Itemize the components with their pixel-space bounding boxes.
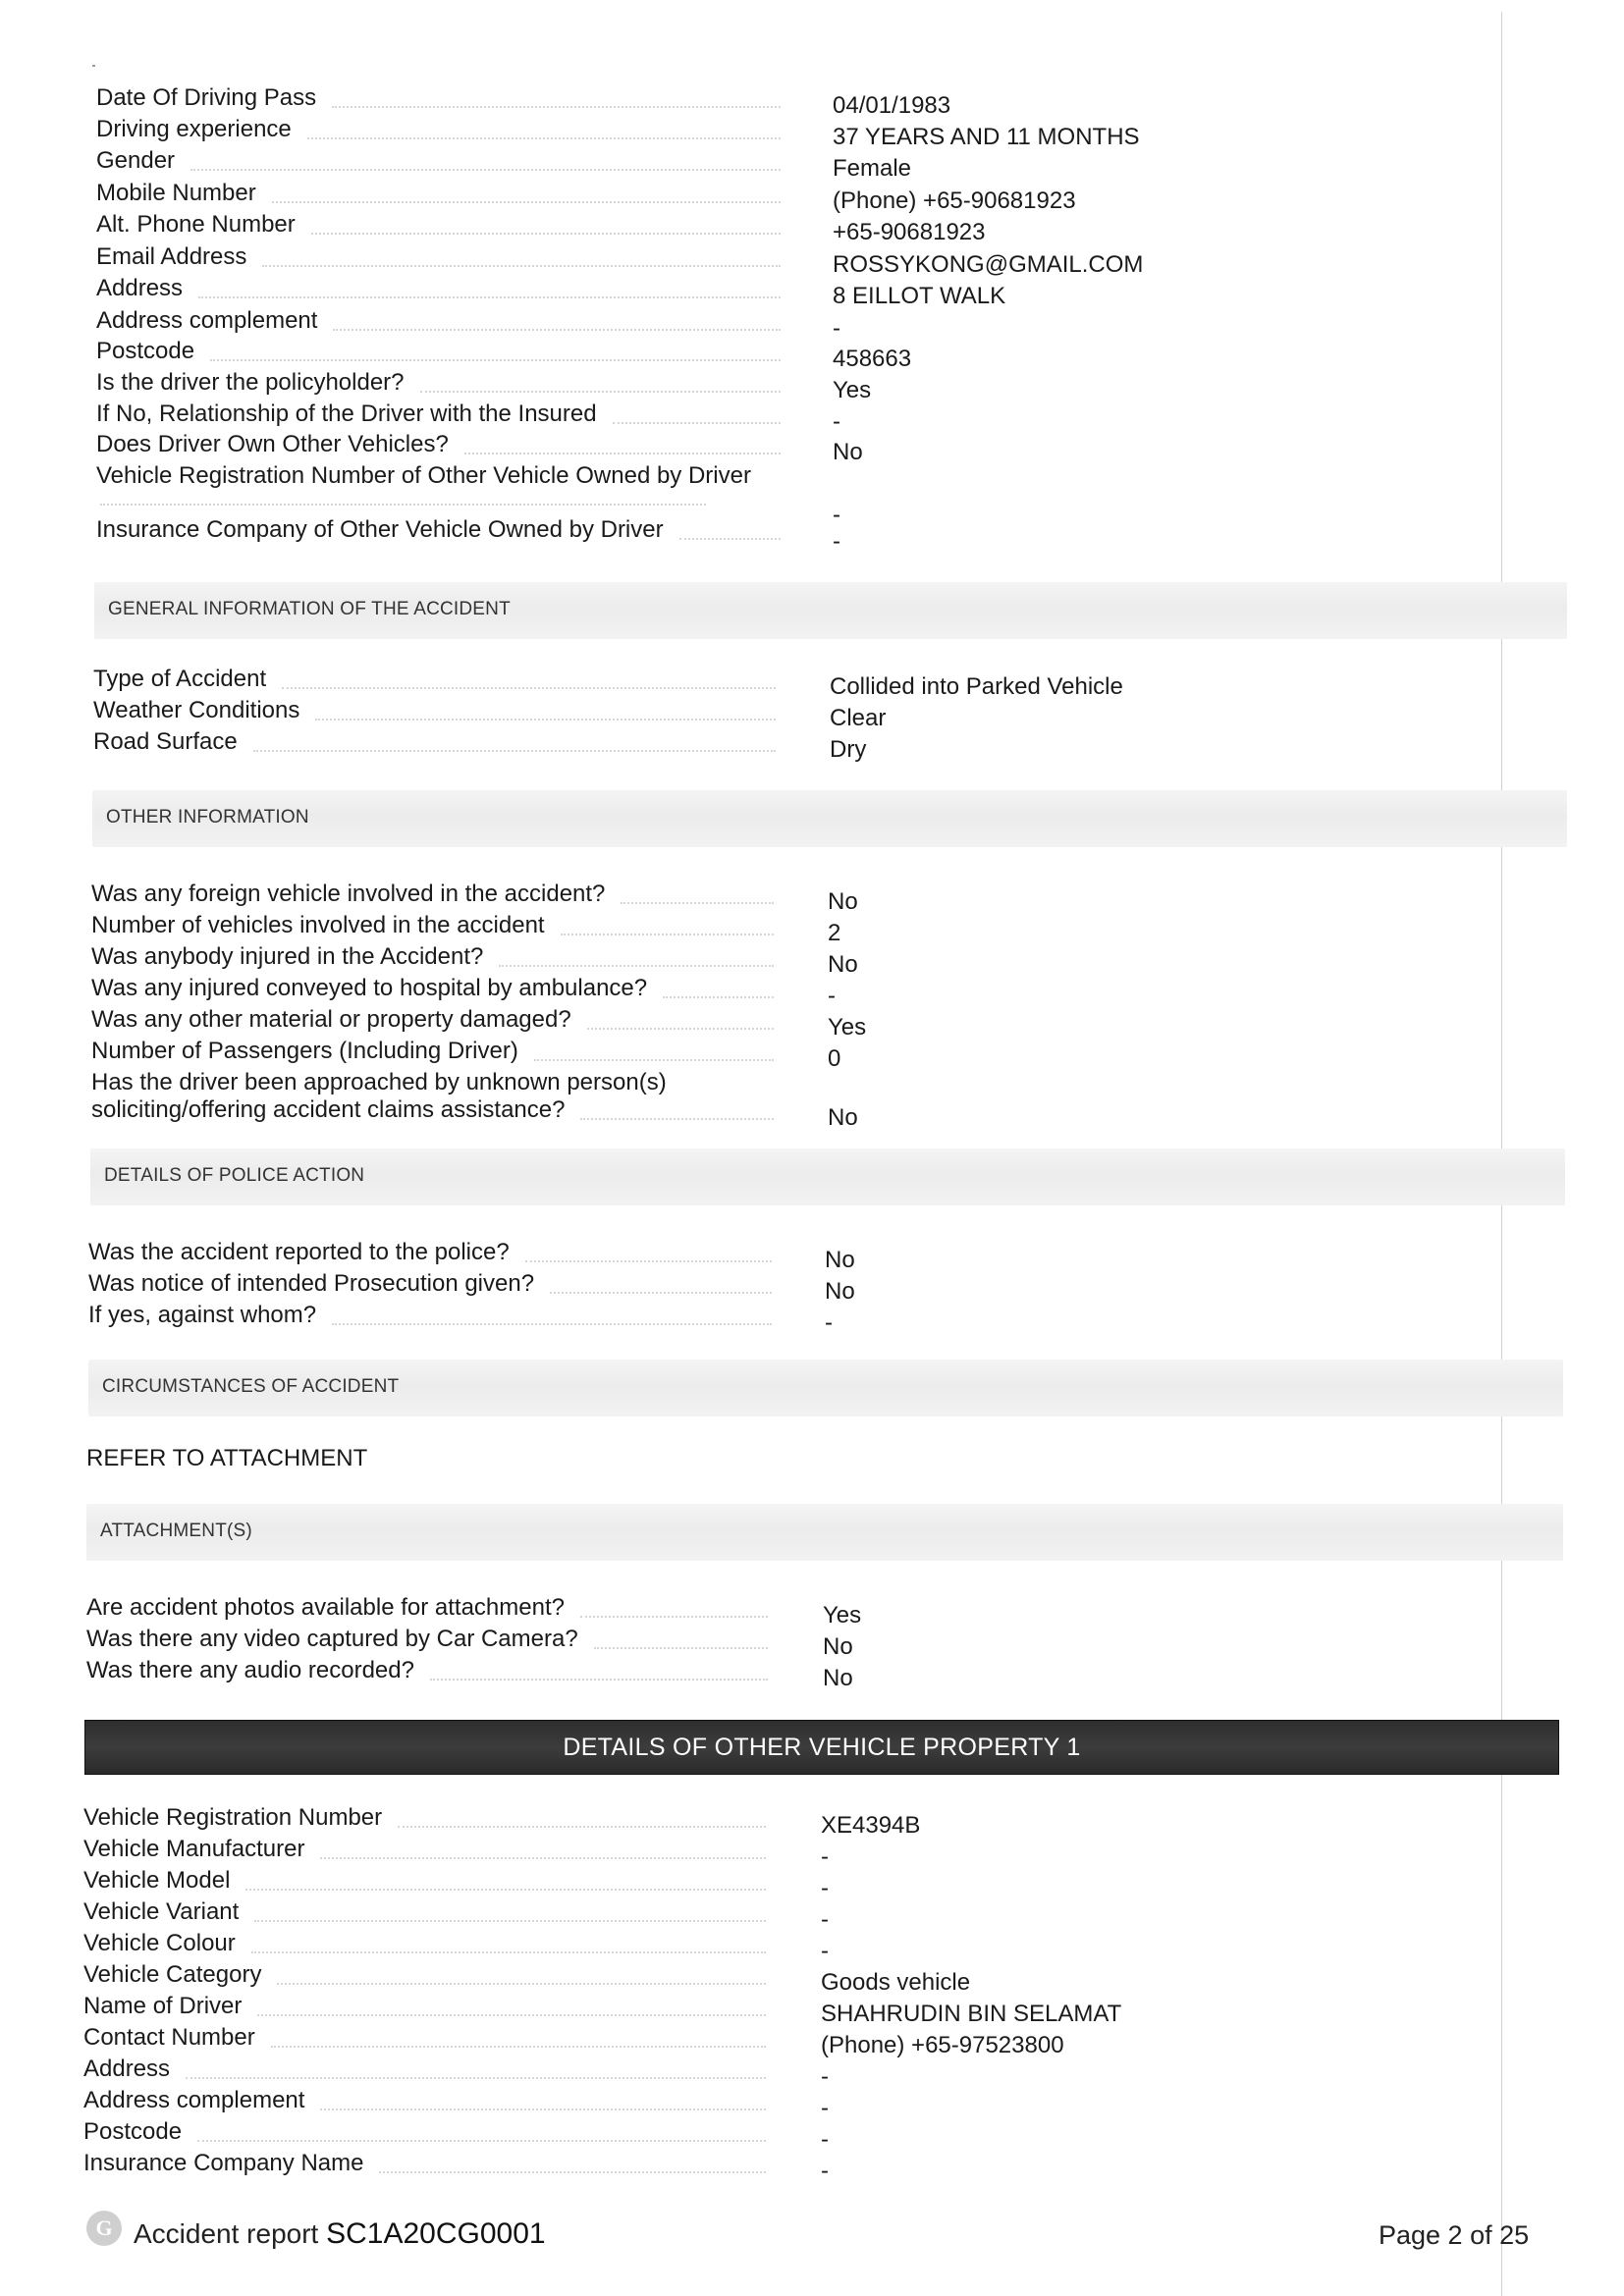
field-label: Postcode bbox=[83, 2118, 182, 2146]
field-value: No bbox=[825, 1247, 855, 1274]
page-number: Page 2 of 25 bbox=[1379, 2220, 1529, 2251]
field-value: - bbox=[833, 528, 840, 556]
section-heading: ATTACHMENT(S) bbox=[100, 1521, 252, 1542]
leader-dots bbox=[197, 2140, 766, 2142]
leader-dots bbox=[186, 2077, 766, 2079]
scan-mark bbox=[92, 65, 95, 67]
leader-dots bbox=[277, 1983, 766, 1985]
leader-dots bbox=[499, 965, 774, 967]
field-label: Does Driver Own Other Vehicles? bbox=[96, 431, 449, 458]
field-label: Weather Conditions bbox=[93, 697, 299, 724]
field-value: 0 bbox=[828, 1045, 840, 1073]
circumstances-text: REFER TO ATTACHMENT bbox=[86, 1445, 367, 1472]
field-label: soliciting/offering accident claims assi… bbox=[91, 1096, 565, 1124]
field-label: Address complement bbox=[83, 2087, 304, 2114]
attachments-header: ATTACHMENT(S) bbox=[86, 1504, 1563, 1561]
leader-dots bbox=[534, 1059, 774, 1061]
field-label: Vehicle Model bbox=[83, 1867, 230, 1895]
leader-dots bbox=[257, 2014, 766, 2016]
field-value: Dry bbox=[830, 736, 866, 764]
leader-dots bbox=[621, 902, 774, 904]
field-label: Vehicle Category bbox=[83, 1961, 261, 1989]
field-value: - bbox=[833, 315, 840, 343]
leader-dots bbox=[272, 201, 781, 203]
field-value: ROSSYKONG@GMAIL.COM bbox=[833, 251, 1143, 279]
field-label: Mobile Number bbox=[96, 180, 256, 207]
field-value: 37 YEARS AND 11 MONTHS bbox=[833, 124, 1140, 151]
leader-dots bbox=[307, 137, 781, 139]
leader-dots bbox=[663, 996, 774, 998]
field-value: 458663 bbox=[833, 346, 911, 373]
field-label: Was any injured conveyed to hospital by … bbox=[91, 975, 647, 1002]
field-value: No bbox=[833, 439, 863, 466]
field-label: If No, Relationship of the Driver with t… bbox=[96, 400, 597, 428]
field-value: - bbox=[821, 1875, 829, 1902]
field-label: Date Of Driving Pass bbox=[96, 84, 316, 112]
field-label: Road Surface bbox=[93, 728, 238, 756]
leader-dots bbox=[198, 296, 781, 298]
leader-dots bbox=[311, 233, 781, 235]
leader-dots bbox=[210, 359, 781, 361]
field-value: 2 bbox=[828, 920, 840, 947]
field-label: Was notice of intended Prosecution given… bbox=[88, 1270, 534, 1298]
field-label: Was any foreign vehicle involved in the … bbox=[91, 881, 605, 908]
leader-dots bbox=[282, 687, 776, 689]
field-label: Vehicle Manufacturer bbox=[83, 1836, 304, 1863]
field-value: - bbox=[821, 2063, 829, 2091]
company-logo-icon: G bbox=[86, 2211, 122, 2246]
section-heading: DETAILS OF OTHER VEHICLE PROPERTY 1 bbox=[85, 1734, 1558, 1762]
field-label: Vehicle Colour bbox=[83, 1930, 236, 1957]
leader-dots bbox=[320, 2109, 766, 2110]
section-heading: GENERAL INFORMATION OF THE ACCIDENT bbox=[108, 599, 511, 620]
leader-dots bbox=[594, 1647, 768, 1649]
section-heading: DETAILS OF POLICE ACTION bbox=[104, 1165, 364, 1187]
field-value: No bbox=[823, 1633, 853, 1661]
field-label: Postcode bbox=[96, 338, 194, 365]
leader-dots bbox=[332, 1323, 772, 1325]
leader-dots bbox=[245, 1889, 766, 1891]
leader-dots bbox=[332, 106, 781, 108]
leader-dots bbox=[550, 1292, 772, 1294]
other-vehicle-header: DETAILS OF OTHER VEHICLE PROPERTY 1 bbox=[84, 1720, 1559, 1775]
field-label: Are accident photos available for attach… bbox=[86, 1594, 565, 1622]
other-information-header: OTHER INFORMATION bbox=[92, 790, 1567, 847]
leader-dots bbox=[254, 1920, 766, 1922]
field-value: SHAHRUDIN BIN SELAMAT bbox=[821, 2001, 1121, 2028]
field-value: 04/01/1983 bbox=[833, 92, 950, 120]
field-label: Alt. Phone Number bbox=[96, 211, 296, 239]
field-value: No bbox=[823, 1665, 853, 1692]
police-action-header: DETAILS OF POLICE ACTION bbox=[90, 1148, 1565, 1205]
leader-dots bbox=[464, 453, 781, 454]
leader-dots bbox=[379, 2171, 766, 2173]
field-value: Yes bbox=[833, 377, 871, 404]
leader-dots bbox=[320, 1857, 766, 1859]
leader-dots bbox=[315, 719, 776, 721]
field-value: - bbox=[828, 983, 836, 1010]
field-value: - bbox=[821, 1938, 829, 1965]
field-value: - bbox=[821, 2095, 829, 2122]
field-label: Was any other material or property damag… bbox=[91, 1006, 571, 1034]
leader-dots bbox=[262, 265, 781, 267]
field-label: Insurance Company of Other Vehicle Owned… bbox=[96, 516, 664, 544]
leader-dots bbox=[271, 2046, 766, 2048]
field-value: - bbox=[821, 2126, 829, 2154]
leader-dots bbox=[251, 1951, 766, 1953]
leader-dots bbox=[190, 169, 781, 171]
report-title: Accident report SC1A20CG0001 bbox=[134, 2217, 546, 2251]
leader-dots bbox=[398, 1826, 766, 1828]
field-value: No bbox=[825, 1278, 855, 1306]
leader-dots bbox=[580, 1118, 774, 1120]
field-value: 8 EILLOT WALK bbox=[833, 283, 1005, 310]
field-label: Name of Driver bbox=[83, 1993, 242, 2020]
leader-dots bbox=[525, 1260, 772, 1262]
field-label: Address complement bbox=[96, 307, 317, 335]
field-value: - bbox=[821, 1906, 829, 1934]
field-value: Collided into Parked Vehicle bbox=[830, 673, 1123, 701]
leader-dots bbox=[587, 1028, 774, 1030]
field-value: No bbox=[828, 1104, 858, 1132]
leader-dots bbox=[333, 329, 781, 331]
field-value: (Phone) +65-90681923 bbox=[833, 187, 1076, 215]
field-value: Goods vehicle bbox=[821, 1969, 970, 1997]
section-heading: CIRCUMSTANCES OF ACCIDENT bbox=[102, 1376, 399, 1398]
field-value: XE4394B bbox=[821, 1812, 920, 1840]
leader-dots bbox=[580, 1616, 768, 1618]
field-value: Female bbox=[833, 155, 911, 183]
field-label: Vehicle Registration Number bbox=[83, 1804, 382, 1832]
section-heading: OTHER INFORMATION bbox=[106, 807, 309, 828]
field-label: Was anybody injured in the Accident? bbox=[91, 943, 483, 971]
field-label: Address bbox=[96, 275, 183, 302]
field-label: Contact Number bbox=[83, 2024, 255, 2052]
leader-dots bbox=[420, 391, 782, 393]
report-id: SC1A20CG0001 bbox=[326, 2217, 545, 2250]
circumstances-header: CIRCUMSTANCES OF ACCIDENT bbox=[88, 1360, 1563, 1416]
field-label: Is the driver the policyholder? bbox=[96, 369, 405, 397]
leader-dots bbox=[679, 538, 781, 540]
leader-dots bbox=[561, 934, 774, 935]
field-label: If yes, against whom? bbox=[88, 1302, 316, 1329]
field-label: Driving experience bbox=[96, 116, 292, 143]
field-value: Yes bbox=[823, 1602, 861, 1629]
field-value: No bbox=[828, 951, 858, 979]
field-label: Number of Passengers (Including Driver) bbox=[91, 1038, 518, 1065]
leader-dots bbox=[253, 750, 776, 752]
leader-dots bbox=[613, 422, 781, 424]
report-title-prefix: Accident report bbox=[134, 2218, 318, 2249]
field-value: - bbox=[821, 2158, 829, 2185]
field-value: - bbox=[833, 502, 840, 529]
field-label: Vehicle Registration Number of Other Veh… bbox=[96, 462, 751, 490]
field-label: Was the accident reported to the police? bbox=[88, 1239, 510, 1266]
field-label: Insurance Company Name bbox=[83, 2150, 363, 2177]
general-information-header: GENERAL INFORMATION OF THE ACCIDENT bbox=[94, 582, 1567, 639]
field-label: Was there any audio recorded? bbox=[86, 1657, 414, 1684]
footer-report-title: G Accident report SC1A20CG0001 bbox=[86, 2216, 546, 2252]
field-value: - bbox=[825, 1309, 833, 1337]
field-label: Type of Accident bbox=[93, 666, 266, 693]
field-value: No bbox=[828, 888, 858, 916]
field-label: Number of vehicles involved in the accid… bbox=[91, 912, 545, 939]
field-label: Has the driver been approached by unknow… bbox=[91, 1069, 667, 1096]
field-value: Yes bbox=[828, 1014, 866, 1041]
field-label: Vehicle Variant bbox=[83, 1898, 239, 1926]
field-value: Clear bbox=[830, 705, 886, 732]
leader-dots bbox=[100, 504, 706, 506]
field-label: Email Address bbox=[96, 243, 246, 271]
field-value: +65-90681923 bbox=[833, 219, 985, 246]
field-value: (Phone) +65-97523800 bbox=[821, 2032, 1064, 2059]
field-label: Address bbox=[83, 2056, 170, 2083]
field-value: - bbox=[821, 1843, 829, 1871]
field-label: Was there any video captured by Car Came… bbox=[86, 1626, 578, 1653]
leader-dots bbox=[430, 1679, 768, 1681]
field-value: - bbox=[833, 408, 840, 436]
field-label: Gender bbox=[96, 147, 175, 175]
